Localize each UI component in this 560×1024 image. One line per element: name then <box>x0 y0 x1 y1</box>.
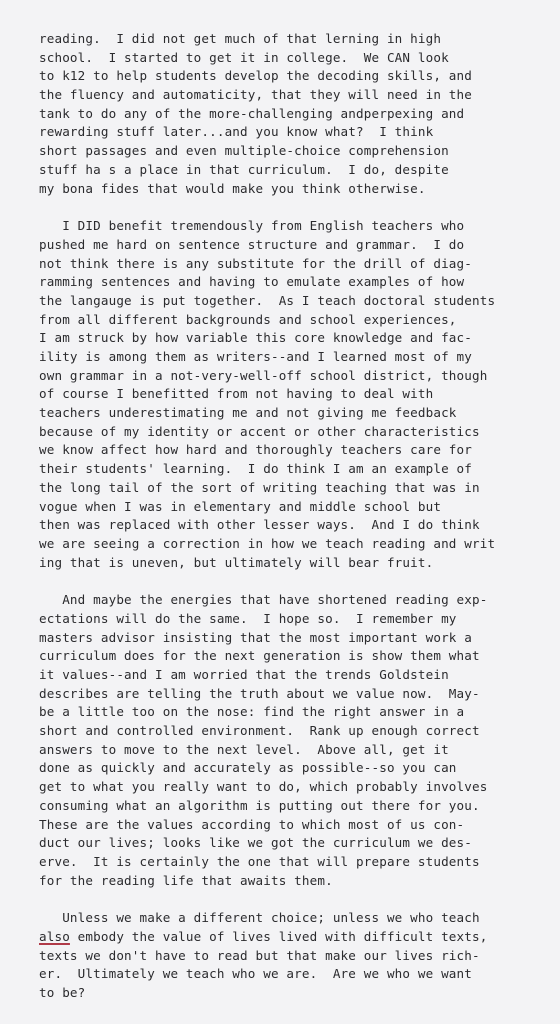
text-line: masters advisor insisting that the most … <box>39 629 559 648</box>
paragraph-2: I DID benefit tremendously from English … <box>39 217 559 572</box>
text-line: reading. I did not get much of that lern… <box>39 30 559 49</box>
text-line: ramming sentences and having to emulate … <box>39 273 559 292</box>
paragraph-3: And maybe the energies that have shorten… <box>39 591 559 890</box>
text-line: school. I started to get it in college. … <box>39 49 559 68</box>
text-line: my bona fides that would make you think … <box>39 180 559 199</box>
typewritten-page: reading. I did not get much of that lern… <box>0 0 560 1024</box>
text-line: pushed me hard on sentence structure and… <box>39 236 559 255</box>
text-line: then was replaced with other lesser ways… <box>39 516 559 535</box>
text-line: er. Ultimately we teach who we are. Are … <box>39 965 559 984</box>
text-line: we are seeing a correction in how we tea… <box>39 535 559 554</box>
text-line: short passages and even multiple-choice … <box>39 142 559 161</box>
text-line-rest: embody the value of lives lived with dif… <box>70 929 488 944</box>
text-line: And maybe the energies that have shorten… <box>39 591 559 610</box>
text-line: because of my identity or accent or othe… <box>39 423 559 442</box>
paragraph-1: reading. I did not get much of that lern… <box>39 30 559 198</box>
text-line: the fluency and automaticity, that they … <box>39 86 559 105</box>
text-line: to be? <box>39 984 559 1003</box>
text-line: Unless we make a different choice; unles… <box>39 909 559 928</box>
text-line: I am struck by how variable this core kn… <box>39 329 559 348</box>
text-line: we know affect how hard and thoroughly t… <box>39 441 559 460</box>
text-line: consuming what an algorithm is putting o… <box>39 797 559 816</box>
text-line: get to what you really want to do, which… <box>39 778 559 797</box>
text-line: of course I benefitted from not having t… <box>39 385 559 404</box>
text-line-underlined: also embody the value of lives lived wit… <box>39 928 559 947</box>
text-line: describes are telling the truth about we… <box>39 685 559 704</box>
paragraph-4: Unless we make a different choice; unles… <box>39 909 559 1002</box>
text-line: ectations will do the same. I hope so. I… <box>39 610 559 629</box>
underlined-word: also <box>39 929 70 944</box>
text-line: their students' learning. I do think I a… <box>39 460 559 479</box>
text-line: the langauge is put together. As I teach… <box>39 292 559 311</box>
text-line: erve. It is certainly the one that will … <box>39 853 559 872</box>
text-line: I DID benefit tremendously from English … <box>39 217 559 236</box>
text-line: it values--and I am worried that the tre… <box>39 666 559 685</box>
text-line: not think there is any substitute for th… <box>39 255 559 274</box>
text-line: curriculum does for the next generation … <box>39 647 559 666</box>
text-line: for the reading life that awaits them. <box>39 872 559 891</box>
text-line: short and controlled environment. Rank u… <box>39 722 559 741</box>
text-line: texts we don't have to read but that mak… <box>39 947 559 966</box>
text-line: to k12 to help students develop the deco… <box>39 67 559 86</box>
text-line: be a little too on the nose: find the ri… <box>39 703 559 722</box>
text-line: tank to do any of the more-challenging a… <box>39 105 559 124</box>
text-line: stuff ha s a place in that curriculum. I… <box>39 161 559 180</box>
document-body: reading. I did not get much of that lern… <box>39 30 559 1022</box>
text-line: own grammar in a not-very-well-off schoo… <box>39 367 559 386</box>
text-line: duct our lives; looks like we got the cu… <box>39 834 559 853</box>
text-line: vogue when I was in elementary and middl… <box>39 498 559 517</box>
text-line: rewarding stuff later...and you know wha… <box>39 123 559 142</box>
text-line: ing that is uneven, but ultimately will … <box>39 554 559 573</box>
text-line: ility is among them as writers--and I le… <box>39 348 559 367</box>
text-line: from all different backgrounds and schoo… <box>39 311 559 330</box>
text-line: These are the values according to which … <box>39 816 559 835</box>
text-line: answers to move to the next level. Above… <box>39 741 559 760</box>
text-line: done as quickly and accurately as possib… <box>39 759 559 778</box>
text-line: the long tail of the sort of writing tea… <box>39 479 559 498</box>
text-line: teachers underestimating me and not givi… <box>39 404 559 423</box>
